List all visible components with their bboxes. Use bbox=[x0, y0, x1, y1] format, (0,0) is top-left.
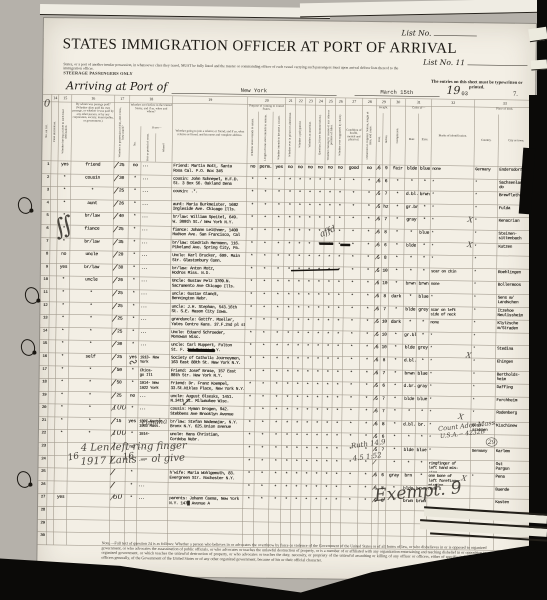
cell-hl: * bbox=[345, 177, 362, 190]
cell-pr1: * bbox=[125, 495, 137, 507]
cell-d2: * bbox=[304, 292, 314, 304]
cell-cx: dark bbox=[388, 319, 403, 331]
cell-ci: Daffing bbox=[495, 384, 531, 397]
column-31: 31 Color of— Hair. Eyes. bbox=[405, 99, 432, 165]
cell-amt: 30 bbox=[112, 341, 127, 353]
cell-cx: dark bbox=[389, 293, 404, 305]
cell-ey: * bbox=[416, 409, 429, 421]
cell-ey: br. bbox=[415, 422, 428, 434]
cell-ey: gray bbox=[416, 383, 429, 395]
cell-d3: * bbox=[311, 484, 321, 496]
cell-ey: * bbox=[415, 460, 428, 472]
cell-d3: * bbox=[313, 331, 323, 343]
cell-cx: * bbox=[387, 434, 402, 446]
cell-co: * bbox=[472, 345, 496, 358]
cell-d1: no bbox=[295, 164, 305, 176]
cell-amt: 100 bbox=[111, 431, 126, 443]
cell-co: Bess-arabien bbox=[471, 422, 495, 435]
cell-amt: 25 bbox=[113, 290, 128, 302]
cell-amt: 30 bbox=[113, 264, 128, 276]
cell-ci: ItzehoeNeulissheim bbox=[496, 307, 532, 320]
cell-d0: * bbox=[285, 202, 295, 214]
inspection-stamp-circle bbox=[16, 196, 34, 216]
cell-p2: * bbox=[256, 343, 271, 355]
cell-d4: * bbox=[324, 280, 334, 292]
cell-cx: * bbox=[388, 306, 403, 318]
cell-p2: * bbox=[255, 432, 270, 444]
cell-d4: * bbox=[324, 254, 334, 266]
cell-d5: * bbox=[334, 293, 344, 305]
cell-t15: yes bbox=[54, 494, 67, 506]
list-no-label: List No. 11 bbox=[423, 58, 465, 68]
cell-d1: * bbox=[294, 254, 304, 266]
cell-ci: Bollermoos bbox=[497, 282, 533, 295]
cell-d5: * bbox=[334, 229, 344, 241]
cell-rel: * bbox=[69, 340, 112, 353]
cell-p1: * bbox=[243, 496, 254, 508]
cell-df: * bbox=[360, 344, 374, 356]
cell-ey: blue bbox=[415, 447, 428, 459]
cell-df: no bbox=[362, 165, 376, 177]
cell-n: 26 bbox=[38, 481, 47, 493]
cell-t15: * bbox=[56, 366, 69, 378]
cell-pr2: ... bbox=[138, 393, 169, 406]
cell-hl: * bbox=[345, 190, 362, 203]
cell-d3: * bbox=[311, 459, 321, 471]
cell-p1: * bbox=[245, 304, 256, 316]
cell-d2: * bbox=[303, 369, 313, 381]
cell-t15: * bbox=[58, 200, 71, 212]
cell-d3: * bbox=[314, 279, 324, 291]
cell-pr1: * bbox=[128, 277, 140, 289]
cell-p3: * bbox=[273, 189, 285, 201]
cell-rel: * bbox=[68, 379, 111, 392]
cell-d1: * bbox=[292, 433, 302, 445]
cell-t15 bbox=[54, 532, 67, 544]
cell-hr: brwn bbox=[403, 370, 417, 382]
date-value: March 15th bbox=[354, 89, 439, 97]
cell-cx: * bbox=[389, 216, 404, 228]
column-20: 20 Purpose of coming to United States. W… bbox=[247, 97, 286, 163]
cell-amt bbox=[110, 469, 125, 481]
cell-hl: * bbox=[344, 293, 361, 306]
cell-pr2: ... bbox=[140, 290, 171, 303]
cell-d0: * bbox=[285, 190, 295, 202]
cell-pr1: * bbox=[127, 328, 139, 340]
cell-p1: * bbox=[244, 432, 255, 444]
cell-d5: * bbox=[331, 472, 341, 484]
cell-mk: * bbox=[428, 447, 471, 460]
cell-t15: * bbox=[55, 417, 68, 429]
cell-co: * bbox=[473, 217, 497, 230]
cell-n: 10 bbox=[41, 276, 50, 288]
cell-mk: * bbox=[428, 396, 471, 409]
cell-hin: 10 bbox=[381, 331, 389, 343]
cell-hl: * bbox=[344, 241, 361, 254]
cell-d4: * bbox=[325, 203, 335, 215]
cell-d5: * bbox=[334, 280, 344, 292]
cell-p3: * bbox=[272, 266, 284, 278]
cell-df: * bbox=[361, 267, 375, 279]
cell-hr bbox=[401, 511, 415, 523]
cell-hl: * bbox=[342, 421, 359, 434]
cell-rel: self bbox=[69, 353, 112, 366]
cell-hin: 7 bbox=[382, 191, 390, 203]
port-value: New York bbox=[171, 87, 336, 96]
cell-hin bbox=[378, 523, 386, 535]
cell-pr2: ... bbox=[140, 239, 171, 252]
cell-mk: * bbox=[429, 332, 472, 345]
cell-co: * bbox=[471, 384, 495, 397]
cell-p3: * bbox=[269, 484, 281, 496]
column-29: 29 Height. Feet. Inches. bbox=[376, 99, 391, 165]
cell-co bbox=[471, 435, 495, 448]
cell-p1: * bbox=[245, 368, 256, 380]
cell-hr: d.bl. bbox=[402, 421, 416, 433]
cell-d5: * bbox=[332, 382, 342, 394]
cell-d0: * bbox=[283, 318, 293, 330]
cell-pr2: ... bbox=[140, 252, 171, 265]
cell-p2: * bbox=[258, 202, 273, 214]
cell-addr: aunt: Maria Burkmeister, 5682Ingleside A… bbox=[172, 201, 247, 214]
cell-d1: * bbox=[294, 215, 304, 227]
cell-pr2 bbox=[137, 508, 168, 521]
cell-addr bbox=[168, 508, 243, 521]
cell-addr: br/law: Diedrich Hermann, 116.Pikeland A… bbox=[171, 239, 246, 252]
cell-ey: brwn bbox=[418, 191, 431, 203]
sheet-edge-behind bbox=[300, 0, 546, 17]
cell-co: Germany bbox=[471, 448, 495, 461]
cell-n: 7 bbox=[41, 238, 50, 250]
cell-hr: d.bl. bbox=[403, 357, 417, 369]
cell-addr: .*. bbox=[169, 444, 244, 457]
cell-co: * bbox=[474, 192, 498, 205]
cell-t15: * bbox=[56, 340, 69, 352]
cell-hr: * bbox=[404, 229, 418, 241]
cell-pr2: ... bbox=[139, 303, 170, 316]
cell-d5: * bbox=[332, 446, 342, 458]
cell-mk: * bbox=[430, 243, 473, 256]
cell-d1 bbox=[291, 510, 301, 522]
cell-hl: * bbox=[343, 357, 360, 370]
cell-p1: * bbox=[246, 240, 257, 252]
cell-ci bbox=[497, 256, 533, 269]
cell-d2: * bbox=[305, 203, 315, 215]
cell-d0: * bbox=[282, 394, 292, 406]
cell-hr: gr.br. bbox=[405, 204, 419, 216]
cell-pr1: * bbox=[126, 456, 138, 468]
cell-hin: 8 bbox=[379, 485, 387, 497]
cell-addr: uncle: J.H. Stephan, 543.16thSt. S.E. Ma… bbox=[170, 303, 245, 316]
cell-d4: * bbox=[324, 267, 334, 279]
cell-amt: 26 bbox=[113, 277, 128, 289]
cell-pr1: * bbox=[127, 316, 139, 328]
cell-df: * bbox=[361, 293, 375, 305]
cell-d2: * bbox=[303, 356, 313, 368]
cell-hr: brwn bbox=[401, 498, 415, 510]
cell-d0: * bbox=[282, 433, 292, 445]
cell-ey: blue bbox=[416, 370, 429, 382]
cell-addr bbox=[168, 457, 243, 470]
cell-pr2: ... bbox=[137, 482, 168, 495]
cell-p1: * bbox=[246, 253, 257, 265]
cell-n: 6 bbox=[41, 225, 50, 237]
cell-co: * bbox=[472, 307, 496, 320]
cell-n: 15 bbox=[40, 340, 49, 352]
cell-pr1: yes bbox=[126, 418, 138, 430]
cell-d2: * bbox=[302, 407, 312, 419]
cell-d3: * bbox=[313, 305, 323, 317]
cell-hin: 7 bbox=[381, 306, 389, 318]
cell-d4: * bbox=[323, 318, 333, 330]
cell-amt bbox=[110, 520, 125, 532]
cell-t15 bbox=[55, 443, 68, 455]
cell-p3: * bbox=[270, 433, 282, 445]
cell-d5: * bbox=[334, 254, 344, 266]
cell-p1: * bbox=[245, 330, 256, 342]
cell-pr2 bbox=[137, 520, 168, 533]
cell-n: 27 bbox=[38, 494, 47, 506]
cell-p3: * bbox=[269, 471, 281, 483]
cell-p2: perm. bbox=[258, 164, 273, 176]
cell-pr1: * bbox=[127, 341, 139, 353]
cell-ci: Ehingen bbox=[496, 358, 532, 371]
cell-pr2: Chica-go Ill bbox=[139, 367, 170, 380]
cell-p3: * bbox=[269, 497, 281, 509]
cell-hin: 6 bbox=[382, 178, 390, 190]
cell-p1: * bbox=[246, 227, 257, 239]
cell-d4 bbox=[321, 523, 331, 535]
cell-d1: * bbox=[293, 343, 303, 355]
cell-n: 30 bbox=[38, 532, 47, 544]
cell-p2: * bbox=[257, 228, 272, 240]
cell-rel: * bbox=[69, 328, 112, 341]
cell-pr2: 1913- NewYork bbox=[139, 354, 170, 367]
cell-d0: no bbox=[285, 164, 295, 176]
cell-mk: ringfinger ofleft hand mis-sing bbox=[427, 460, 470, 473]
cell-cx: * bbox=[390, 178, 405, 190]
cell-p2: * bbox=[256, 330, 271, 342]
cell-n: 8 bbox=[41, 251, 50, 263]
cell-cx bbox=[386, 511, 401, 523]
cell-d5: * bbox=[334, 216, 344, 228]
cell-co: * bbox=[474, 179, 498, 192]
cell-p3: * bbox=[270, 381, 282, 393]
year-prefix: 19 bbox=[446, 84, 460, 97]
list-no-rule bbox=[467, 60, 527, 66]
cell-addr: Society of Catholic Journeymen,163 East … bbox=[170, 355, 245, 368]
cell-hl: * bbox=[344, 267, 361, 280]
cell-df bbox=[358, 523, 372, 535]
cell-pr1: * bbox=[129, 200, 141, 212]
cell-d1: * bbox=[294, 266, 304, 278]
cell-amt: 25 bbox=[113, 226, 128, 238]
cell-n: 19 bbox=[39, 391, 48, 403]
cell-d5: * bbox=[334, 267, 344, 279]
cell-addr bbox=[168, 482, 243, 495]
cell-t15 bbox=[55, 455, 68, 467]
cell-amt bbox=[110, 482, 125, 494]
cell-addr: Friend: Martin Bott, SantaRosa Cal. P.O.… bbox=[172, 163, 247, 176]
cell-ey: blue bbox=[418, 230, 431, 242]
cell-amt: 60 bbox=[110, 495, 125, 507]
column-17: 17 Whether in possession of $50, and if … bbox=[114, 95, 130, 161]
cell-df: * bbox=[359, 382, 373, 394]
cell-d4: * bbox=[324, 216, 334, 228]
cell-addr: Uncle: Eduard Schroeder,Monowan Wisc. bbox=[170, 329, 245, 342]
cell-mk: * bbox=[430, 294, 473, 307]
cell-amt: 100 bbox=[111, 405, 126, 417]
cell-pr1: * bbox=[128, 290, 140, 302]
cell-rel: * bbox=[68, 417, 111, 430]
cell-rel: * bbox=[69, 315, 112, 328]
cell-amt: 26 bbox=[114, 200, 129, 212]
cell-addr: cousin: John Schnepel, H.F.D.St. 3 Box 5… bbox=[172, 175, 247, 188]
cell-n: 23 bbox=[39, 442, 48, 454]
cell-mk: scar on chin bbox=[430, 268, 473, 281]
cell-d4: * bbox=[322, 446, 332, 458]
cell-ci: Karlem bbox=[495, 448, 531, 461]
cell-t15: * bbox=[57, 225, 70, 237]
cell-p1: * bbox=[244, 419, 255, 431]
cell-d5: no bbox=[335, 165, 345, 177]
cell-t15: * bbox=[57, 238, 70, 250]
cell-pr1: * bbox=[127, 367, 139, 379]
cell-ey: * bbox=[416, 358, 429, 370]
cell-p1: * bbox=[243, 471, 254, 483]
film-black-right-top bbox=[537, 0, 547, 100]
cell-hr: * bbox=[404, 268, 418, 280]
cell-hl: * bbox=[343, 318, 360, 331]
cell-df: * bbox=[362, 190, 376, 202]
cell-d3: * bbox=[313, 318, 323, 330]
cell-hin: 10 bbox=[381, 280, 389, 292]
footnote: Note.—Full text of question 24 is as fol… bbox=[101, 541, 486, 565]
cell-d0: * bbox=[283, 305, 293, 317]
cell-n: 22 bbox=[39, 430, 48, 442]
cell-d0: * bbox=[285, 177, 295, 189]
cell-p3 bbox=[269, 509, 281, 521]
cell-p3: * bbox=[271, 330, 283, 342]
cell-p1: * bbox=[244, 381, 255, 393]
cell-d2: * bbox=[301, 497, 311, 509]
cell-hl: * bbox=[342, 408, 359, 421]
cell-p3: * bbox=[272, 253, 284, 265]
cell-ey: * bbox=[417, 319, 430, 331]
cell-p2: * bbox=[255, 407, 270, 419]
cell-p2: * bbox=[256, 317, 271, 329]
cell-pr1: yes bbox=[127, 354, 139, 366]
cell-rel bbox=[67, 481, 110, 494]
cell-amt: 25 bbox=[112, 328, 127, 340]
cell-addr: Uncle: Gustav Pelz 3709.N.Sacramento Ave… bbox=[171, 278, 246, 291]
cell-t15: no bbox=[57, 251, 70, 263]
cell-p1: * bbox=[245, 355, 256, 367]
cell-d0: * bbox=[283, 356, 293, 368]
cell-d3: * bbox=[314, 267, 324, 279]
cell-d0: * bbox=[284, 279, 294, 291]
cell-p3: * bbox=[271, 369, 283, 381]
cell-co: * bbox=[474, 205, 498, 218]
cell-d5: * bbox=[333, 305, 343, 317]
cell-n: 2 bbox=[42, 174, 51, 186]
cell-hin: 7 bbox=[379, 447, 387, 459]
cell-amt bbox=[110, 507, 125, 519]
cell-n: 12 bbox=[40, 302, 49, 314]
cell-p2: * bbox=[254, 471, 269, 483]
cell-hl: * bbox=[343, 344, 360, 357]
cell-d4: * bbox=[323, 344, 333, 356]
cell-hl: * bbox=[342, 433, 359, 446]
cell-d3: * bbox=[315, 203, 325, 215]
cell-d1: * bbox=[294, 292, 304, 304]
cell-cx: * bbox=[387, 421, 402, 433]
cell-addr: h'wife: Maria Wohlgemuth, 83.Evergreen S… bbox=[168, 470, 243, 483]
cell-pr2: ... bbox=[139, 316, 170, 329]
cell-co: * bbox=[472, 333, 496, 346]
cell-pr2: 1914- bbox=[138, 431, 169, 444]
cell-co: * bbox=[473, 281, 497, 294]
cell-t15: * bbox=[55, 392, 68, 404]
list-no-line-1: List No. bbox=[401, 28, 476, 38]
cell-ey: blue bbox=[419, 166, 432, 178]
cell-co: * bbox=[473, 269, 497, 282]
cell-hl: * bbox=[343, 305, 360, 318]
cell-hr bbox=[401, 524, 415, 536]
cell-df: * bbox=[359, 421, 373, 433]
cell-addr: cousin: .*. bbox=[172, 188, 247, 201]
cell-ci: OstPargun bbox=[494, 461, 530, 474]
cell-addr: Uncle: Karl Brucker, 699. MainStr. Glast… bbox=[171, 252, 246, 265]
cell-hr: * bbox=[404, 255, 418, 267]
cell-rel: uncle bbox=[70, 277, 113, 290]
cell-cx: * bbox=[390, 204, 405, 216]
cell-p1: * bbox=[247, 202, 258, 214]
cell-cx: * bbox=[388, 344, 403, 356]
cell-hr: d.br. bbox=[402, 383, 416, 395]
cell-rel: aunt bbox=[71, 200, 114, 213]
cell-d1: * bbox=[293, 305, 303, 317]
cell-hl: * bbox=[343, 369, 360, 382]
cell-rel: br/law bbox=[70, 238, 113, 251]
cell-p2: * bbox=[257, 266, 272, 278]
cell-d1 bbox=[291, 522, 301, 534]
cell-addr: uncle: August Olsesks, 1451.N.34th St. M… bbox=[169, 393, 244, 406]
cell-df: * bbox=[358, 472, 372, 484]
cell-p3: * bbox=[271, 317, 283, 329]
cell-d5: * bbox=[331, 497, 341, 509]
cell-d4: * bbox=[321, 484, 331, 496]
cell-addr: br/law: Stefan Nademajar, N.Y.Bronx N.Y.… bbox=[169, 418, 244, 431]
cell-mk: one bone ofleft forefingermissing bbox=[427, 473, 470, 486]
cell-d2: * bbox=[302, 382, 312, 394]
cell-pr1: * bbox=[129, 188, 141, 200]
cell-d2 bbox=[301, 510, 311, 522]
cell-p3 bbox=[269, 522, 281, 534]
cell-cx: * bbox=[389, 242, 404, 254]
cell-co: * bbox=[473, 230, 497, 243]
cell-d5: * bbox=[333, 357, 343, 369]
cell-rel: fiance bbox=[70, 225, 113, 238]
scanned-manifest-page: List No. List No. 11 STATES IMMIGRATION … bbox=[0, 0, 547, 600]
inspection-stamp-circle bbox=[19, 338, 37, 358]
cell-hin: 10 bbox=[381, 319, 389, 331]
cell-ci bbox=[496, 333, 532, 346]
cell-ey: blue bbox=[417, 294, 430, 306]
cell-hr: blde bbox=[403, 345, 417, 357]
cell-d4: * bbox=[322, 408, 332, 420]
cell-addr: fiance: Johann Leithner, 1400Hudson Ave.… bbox=[171, 227, 246, 240]
